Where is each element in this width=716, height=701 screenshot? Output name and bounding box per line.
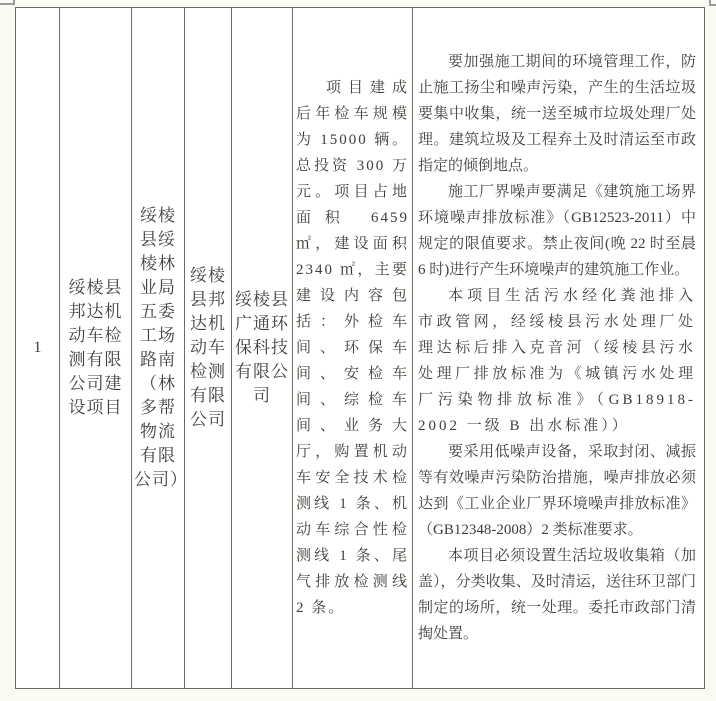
approval-table: 1 绥棱县邦达机动车检测有限公司建设项目 绥棱县绥棱林业局五委工场路南（林多帮物… <box>15 7 705 689</box>
requirement-paragraph-2: 施工厂界噪声要满足《建筑施工场界环境噪声排放标准》（GB12523-2011）中… <box>418 179 696 283</box>
requirement-paragraph-1: 要加强施工期间的环境管理工作，防止施工扬尘和噪声污染，产生的生活垃圾要集中收集，… <box>418 49 696 179</box>
construction-unit-cell: 绥棱县邦达机动车检测有限公司 <box>185 8 232 688</box>
requirement-paragraph-5: 本项目必须设置生活垃圾收集箱（加盖），分类收集、及时清运，送往环卫部门制定的场所… <box>418 543 696 647</box>
row-index: 1 <box>34 336 42 360</box>
row-index-cell: 1 <box>16 8 60 688</box>
project-location-cell: 绥棱县绥棱林业局五委工场路南（林多帮物流有限公司） <box>132 8 185 688</box>
page-border-fragment-left-vertical <box>13 0 15 5</box>
project-name-cell: 绥棱县邦达机动车检测有限公司建设项目 <box>60 8 132 688</box>
eia-unit: 绥棱县广通环保科技有限公司 <box>234 288 290 408</box>
page-border-fragment-left-horizontal <box>0 3 14 5</box>
project-overview: 项目建成后年检车规模为 15000 辆。总投资 300 万元。项目占地面积 64… <box>296 75 409 621</box>
eia-unit-cell: 绥棱县广通环保科技有限公司 <box>232 8 293 688</box>
project-overview-cell: 项目建成后年检车规模为 15000 辆。总投资 300 万元。项目占地面积 64… <box>293 8 413 688</box>
document-page: 1 绥棱县邦达机动车检测有限公司建设项目 绥棱县绥棱林业局五委工场路南（林多帮物… <box>0 0 716 701</box>
requirement-paragraph-4: 要采用低噪声设备，采取封闭、减振等有效噪声污染防治措施，噪声排放必须达到《工业企… <box>418 439 696 543</box>
project-name: 绥棱县邦达机动车检测有限公司建设项目 <box>62 276 129 420</box>
requirement-paragraph-3: 本项目生活污水经化粪池排入市政管网，经绥棱县污水处理厂处理达标后排入克音河（绥棱… <box>418 283 696 439</box>
project-location: 绥棱县绥棱林业局五委工场路南（林多帮物流有限公司） <box>134 204 182 492</box>
construction-unit: 绥棱县邦达机动车检测有限公司 <box>187 264 229 432</box>
approval-requirements-cell: 要加强施工期间的环境管理工作，防止施工扬尘和噪声污染，产生的生活垃圾要集中收集，… <box>413 8 704 688</box>
page-border-fragment-right-horizontal <box>709 4 716 6</box>
